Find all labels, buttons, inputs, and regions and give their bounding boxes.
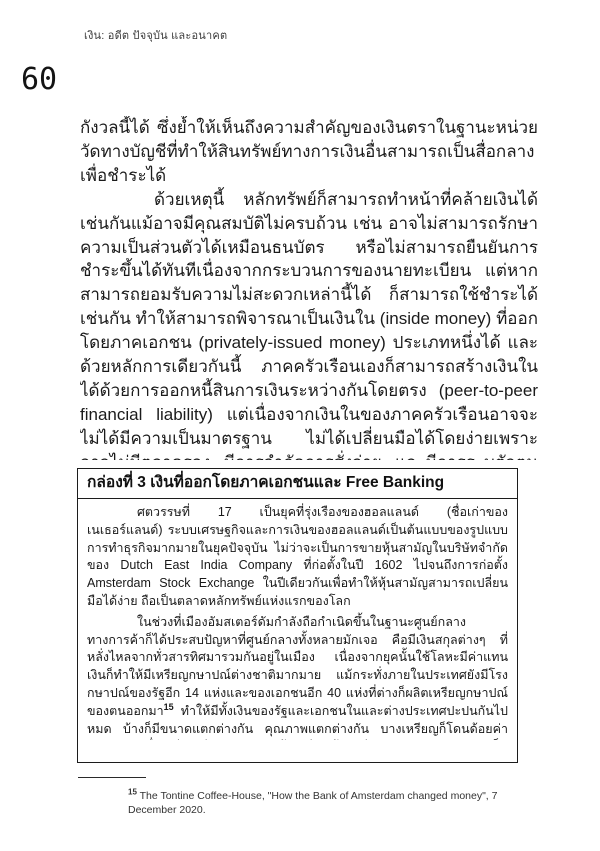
box-paragraph-text: ในช่วงที่เมืองอัมสเตอร์ดัมกำลังถือกำเนิด…: [87, 615, 508, 718]
info-box-title: กล่องที่ 3 เงินที่ออกโดยภาคเอกชนและ Free…: [78, 469, 517, 499]
footnote-reference: 15: [164, 702, 174, 712]
footnote-text: The Tontine Coffee-House, "How the Bank …: [128, 790, 498, 816]
footnote-divider: [78, 777, 146, 778]
book-page: เงิน: อดีต ปัจจุบัน และอนาคต 60 กังวลนี้…: [0, 0, 600, 851]
box-paragraph: ศตวรรษที่ 17 เป็นยุคที่รุ่งเรืองของฮอลแล…: [87, 504, 508, 611]
footnote-number: 15: [128, 788, 137, 797]
running-header: เงิน: อดีต ปัจจุบัน และอนาคต: [84, 26, 227, 44]
page-number: 60: [21, 62, 57, 97]
info-box: กล่องที่ 3 เงินที่ออกโดยภาคเอกชนและ Free…: [77, 468, 518, 763]
info-box-body: ศตวรรษที่ 17 เป็นยุคที่รุ่งเรืองของฮอลแล…: [78, 499, 517, 740]
body-text-block: กังวลนี้ได้ ซึ่งย้ำให้เห็นถึงความสำคัญขอ…: [80, 116, 538, 460]
body-paragraph: กังวลนี้ได้ ซึ่งย้ำให้เห็นถึงความสำคัญขอ…: [80, 116, 538, 188]
footnote: 15 The Tontine Coffee-House, "How the Ba…: [128, 789, 528, 817]
body-paragraph: ด้วยเหตุนี้ หลักทรัพย์ก็สามารถทำหน้าที่ค…: [80, 188, 538, 460]
box-paragraph: ในช่วงที่เมืองอัมสเตอร์ดัมกำลังถือกำเนิด…: [87, 614, 508, 740]
